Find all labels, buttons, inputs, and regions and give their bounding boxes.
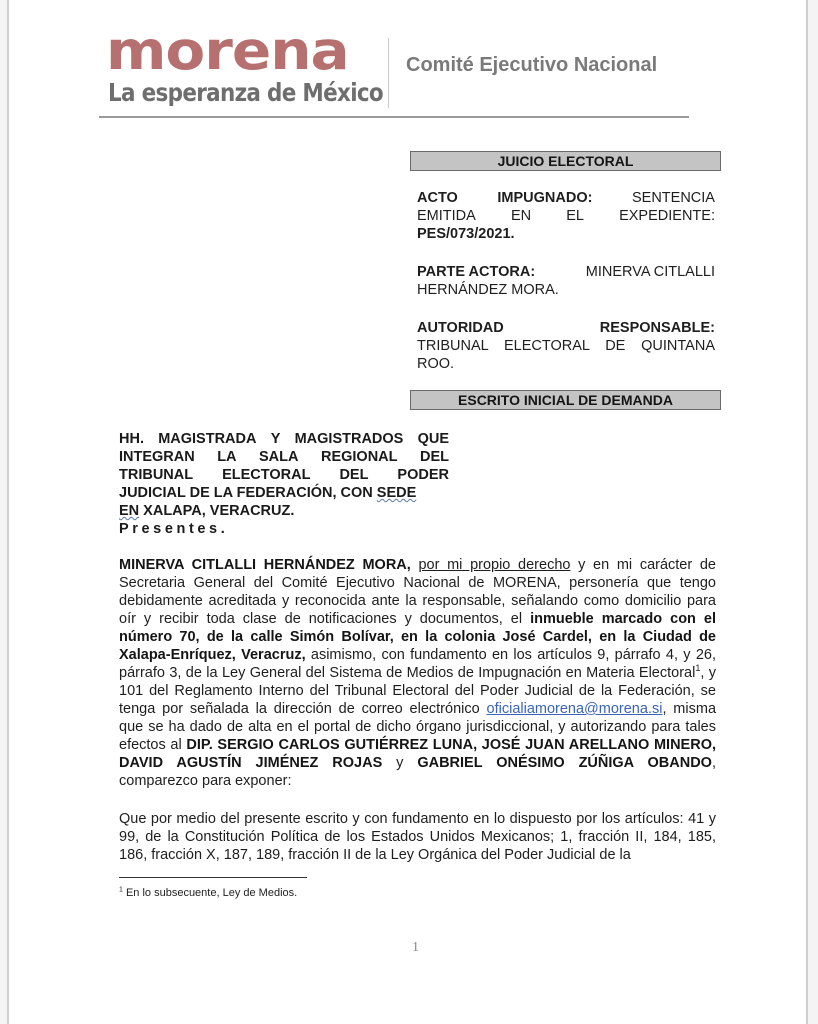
addressee-word: DEL: [420, 448, 449, 466]
addressee-word: HH.: [119, 430, 144, 448]
parte-value-1: MINERVA CITLALLI: [586, 263, 715, 281]
addressee-word: TRIBUNAL: [119, 466, 193, 484]
acto-word: EL: [566, 207, 584, 225]
committee-name: Comité Ejecutivo Nacional: [406, 54, 657, 77]
addressee-word: MAGISTRADA: [158, 430, 256, 448]
authorized-person-last: GABRIEL ONÉSIMO ZÚÑIGA OBANDO: [417, 755, 712, 771]
parte-value-2: HERNÁNDEZ MORA.: [417, 281, 715, 299]
acto-label-2: IMPUGNADO:: [497, 189, 592, 207]
addressee-text: JUDICIAL DE LA FEDERACIÓN, CON: [119, 485, 377, 501]
addressee-line: HH.MAGISTRADAYMAGISTRADOSQUE: [119, 430, 449, 448]
addressee-word: ELECTORAL: [222, 466, 310, 484]
footnote-separator: [119, 877, 307, 878]
autoridad-label-2: RESPONSABLE:: [600, 319, 715, 337]
addressee-sede: SEDE: [377, 485, 417, 501]
addressee-text: XALAPA, VERACRUZ.: [139, 503, 294, 519]
addressee-word: LA: [217, 448, 236, 466]
addressee-line: INTEGRANLASALAREGIONALDEL: [119, 448, 449, 466]
promovente-name: MINERVA CITLALLI HERNÁNDEZ MORA,: [119, 557, 411, 573]
acto-word: EN: [511, 207, 531, 225]
autoridad-label-1: AUTORIDAD: [417, 319, 504, 337]
acto-word: EXPEDIENTE:: [619, 207, 715, 225]
addressee-line: EN XALAPA, VERACRUZ.: [119, 502, 449, 520]
acto-word: EMITIDA: [417, 207, 476, 225]
autoridad-value-1: TRIBUNAL ELECTORAL DE QUINTANA: [417, 337, 715, 355]
logo-wordmark: morena: [106, 24, 349, 77]
header-divider: [388, 38, 389, 108]
footnote-text: En lo subsecuente, Ley de Medios.: [123, 887, 297, 899]
section-heading: ESCRITO INICIAL DE DEMANDA: [410, 390, 721, 410]
addressee-word: REGIONAL: [321, 448, 398, 466]
acto-value-1: SENTENCIA: [632, 189, 715, 207]
case-type-heading: JUICIO ELECTORAL: [410, 151, 721, 171]
email-link[interactable]: oficialiamorena@morena.si: [487, 701, 663, 717]
addressee-word: DEL: [339, 466, 368, 484]
addressee-word: Y: [271, 430, 281, 448]
expediente-number: PES/073/2021.: [417, 226, 515, 242]
addressee-word: SALA: [259, 448, 298, 466]
header-rule: [99, 116, 689, 118]
presentes: Presentes.: [119, 520, 449, 538]
addressee-block: HH.MAGISTRADAYMAGISTRADOSQUE INTEGRANLAS…: [119, 430, 449, 538]
derecho-text: por mi propio derecho: [418, 557, 570, 573]
body-text: y: [382, 755, 417, 771]
acto-impugnado: ACTO IMPUGNADO: SENTENCIA EMITIDA EN EL …: [417, 189, 715, 243]
addressee-word: QUE: [418, 430, 449, 448]
paragraph-fundamento: Que por medio del presente escrito y con…: [119, 810, 716, 864]
autoridad-value-2: ROO.: [417, 355, 715, 373]
document-page: morena La esperanza de México Comité Eje…: [7, 0, 808, 1024]
addressee-word: MAGISTRADOS: [295, 430, 404, 448]
addressee-word: PODER: [397, 466, 449, 484]
autoridad-responsable: AUTORIDAD RESPONSABLE: TRIBUNAL ELECTORA…: [417, 319, 715, 373]
addressee-line: TRIBUNALELECTORALDELPODER: [119, 466, 449, 484]
addressee-word: INTEGRAN: [119, 448, 195, 466]
footnote: 1 En lo subsecuente, Ley de Medios.: [119, 887, 297, 899]
paragraph-intro: MINERVA CITLALLI HERNÁNDEZ MORA, por mi …: [119, 556, 716, 790]
acto-label-1: ACTO: [417, 189, 458, 207]
page-number: 1: [412, 940, 419, 956]
parte-actora: PARTE ACTORA: MINERVA CITLALLI HERNÁNDEZ…: [417, 263, 715, 299]
logo-tagline: La esperanza de México: [108, 80, 383, 105]
parte-label: PARTE ACTORA:: [417, 263, 535, 281]
addressee-line: JUDICIAL DE LA FEDERACIÓN, CON SEDE: [119, 484, 449, 502]
addressee-en: EN: [119, 503, 139, 519]
